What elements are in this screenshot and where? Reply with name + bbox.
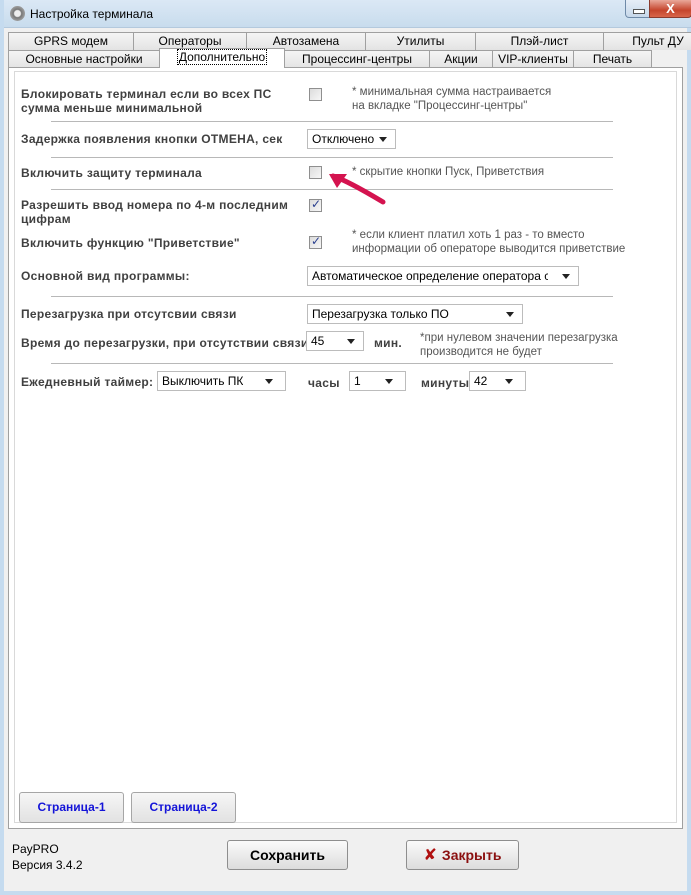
close-window-button[interactable]: X (649, 0, 691, 18)
daily-timer-action-dropdown[interactable]: Выключить ПК (157, 371, 286, 391)
tab-promotions[interactable]: Акции (429, 50, 493, 68)
chevron-down-icon (506, 312, 514, 317)
program-view-label: Основной вид программы: (21, 269, 190, 283)
window-title: Настройка терминала (30, 7, 153, 21)
close-button-label: Закрыть (442, 847, 502, 863)
last4-digits-label: Разрешить ввод номера по 4-м последним ц… (21, 198, 288, 226)
minutes-label: минуты (421, 376, 469, 390)
tab-main-settings[interactable]: Основные настройки (8, 50, 160, 68)
annotation-arrow-icon (325, 170, 395, 210)
close-button[interactable]: ✘Закрыть (406, 840, 519, 870)
daily-timer-label: Ежедневный таймер: (21, 375, 153, 389)
tab-playlist[interactable]: Плэй-лист (475, 32, 604, 50)
reboot-time-unit: мин. (374, 336, 402, 350)
title-bar: Настройка терминала X (4, 0, 691, 28)
save-button[interactable]: Сохранить (227, 840, 348, 870)
minimize-button[interactable] (625, 0, 650, 18)
app-gear-icon (10, 6, 25, 21)
tab-remote-control[interactable]: Пульт ДУ (603, 32, 691, 50)
separator (51, 363, 613, 364)
chevron-down-icon (347, 339, 355, 344)
separator (51, 296, 613, 297)
close-x-icon: ✘ (424, 847, 437, 864)
tab-processing-centers[interactable]: Процессинг-центры (284, 50, 430, 68)
terminal-protection-checkbox[interactable] (309, 166, 322, 179)
tab-gprs-modem[interactable]: GPRS модем (8, 32, 134, 50)
minutes-dropdown[interactable]: 42 (469, 371, 526, 391)
reboot-no-connection-label: Перезагрузка при отсутсвии связи (21, 307, 237, 321)
tab-vip-clients[interactable]: VIP-клиенты (492, 50, 574, 68)
chevron-down-icon (379, 137, 387, 142)
page-2-button[interactable]: Страница-2 (131, 792, 236, 823)
separator (51, 157, 613, 158)
reboot-time-dropdown[interactable]: 45 (306, 331, 364, 351)
chevron-down-icon (562, 274, 570, 279)
tab-additional[interactable]: Дополнительно (159, 48, 285, 68)
app-version: Версия 3.4.2 (12, 858, 83, 872)
block-terminal-note: * минимальная сумма настраивается на вкл… (352, 85, 551, 113)
reboot-time-label: Время до перезагрузки, при отсутствии св… (21, 336, 309, 350)
tab-print[interactable]: Печать (573, 50, 652, 68)
chevron-down-icon (265, 379, 273, 384)
greeting-checkbox[interactable] (309, 236, 322, 249)
greeting-note: * если клиент платил хоть 1 раз - то вме… (352, 228, 625, 256)
reboot-mode-dropdown[interactable]: Перезагрузка только ПО (307, 304, 523, 324)
tab-utilities[interactable]: Утилиты (365, 32, 476, 50)
close-icon: X (666, 1, 675, 16)
chevron-down-icon (505, 379, 513, 384)
separator (51, 121, 613, 122)
block-terminal-checkbox[interactable] (309, 88, 322, 101)
program-view-dropdown[interactable]: Автоматическое определение оператора свя… (307, 266, 579, 286)
cancel-delay-dropdown[interactable]: Отключено (307, 129, 396, 149)
block-terminal-label: Блокировать терминал если во всех ПС сум… (21, 87, 272, 115)
hours-dropdown[interactable]: 1 (349, 371, 406, 391)
tab-row-bottom: Основные настройки Дополнительно Процесс… (8, 50, 651, 68)
reboot-time-note: *при нулевом значении перезагрузка произ… (420, 331, 618, 359)
terminal-protection-label: Включить защиту терминала (21, 166, 202, 180)
cancel-delay-label: Задержка появления кнопки ОТМЕНА, сек (21, 132, 283, 146)
page-1-button[interactable]: Страница-1 (19, 792, 124, 823)
tab-row-top: GPRS модем Операторы Автозамена Утилиты … (8, 32, 691, 50)
app-name: PayPRO (12, 842, 59, 856)
chevron-down-icon (385, 379, 393, 384)
last4-digits-checkbox[interactable] (309, 199, 322, 212)
hours-label: часы (308, 376, 340, 390)
greeting-label: Включить функцию "Приветствие" (21, 236, 240, 250)
